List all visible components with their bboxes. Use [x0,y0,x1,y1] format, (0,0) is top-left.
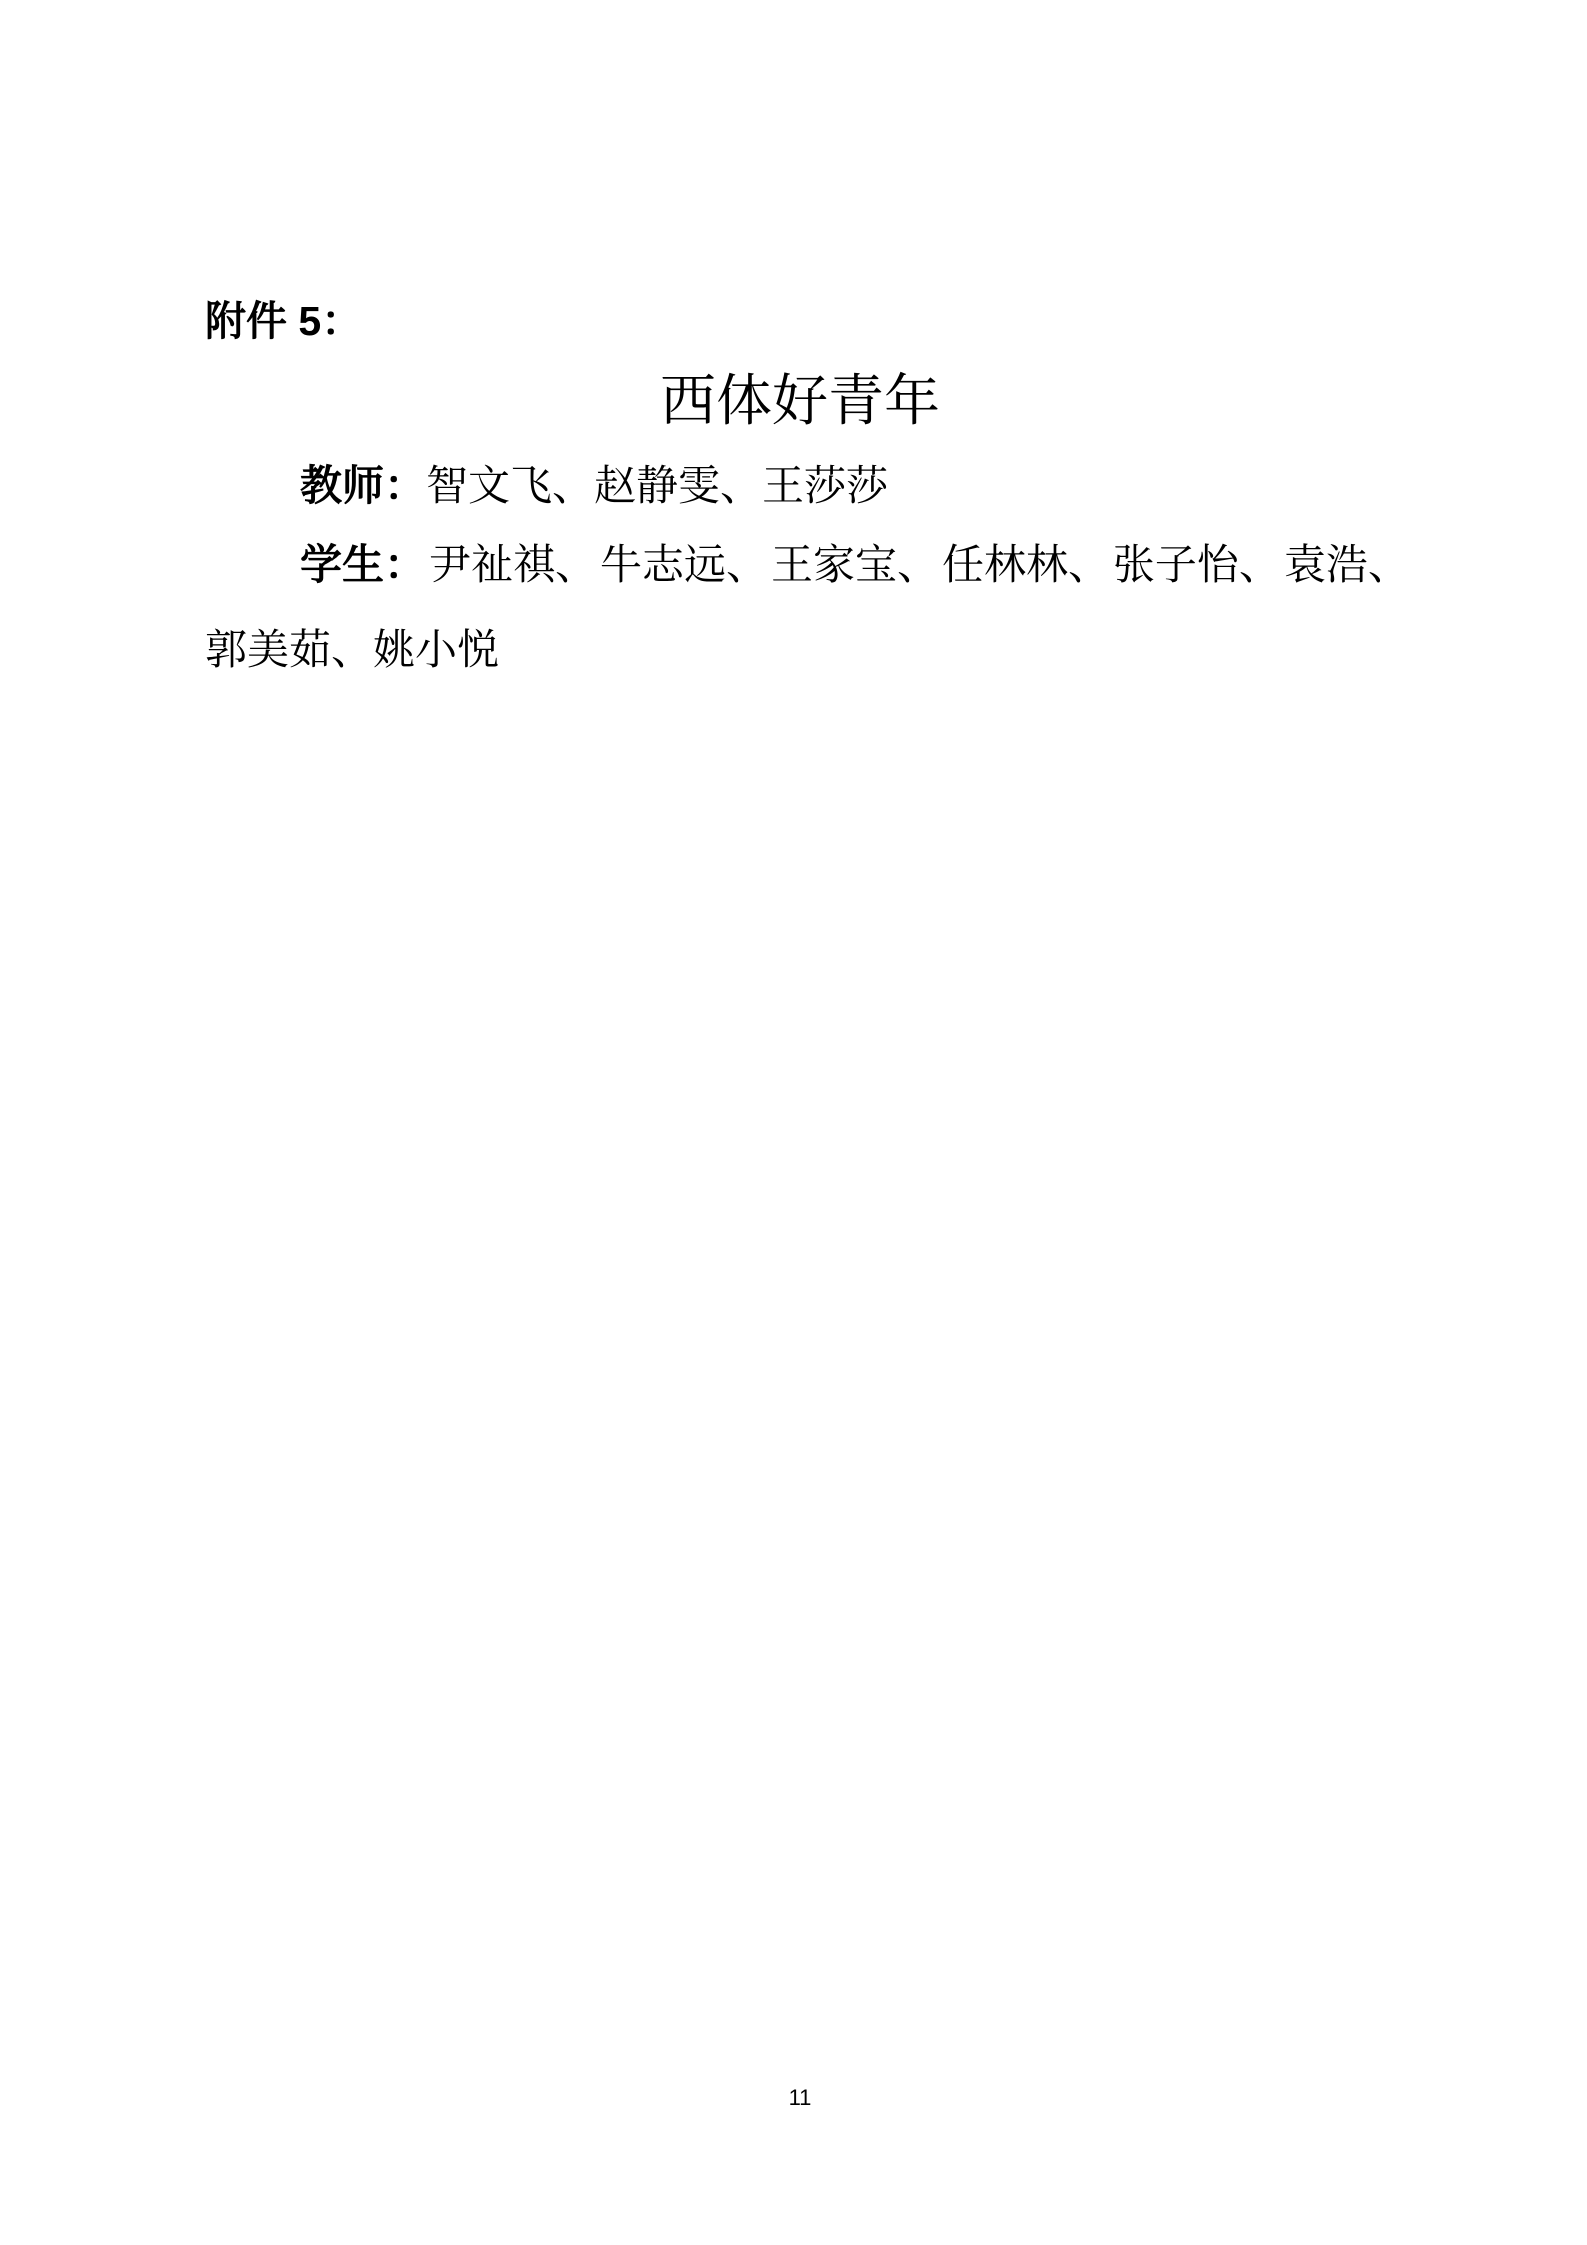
students-line-1: 学生： 尹祉祺、 牛志远、 王家宝、 任林林、 张子怡、 袁浩、 [300,545,1410,587]
teachers-names: 智文飞、赵静雯、王莎莎 [426,464,888,510]
students-line-2: 郭美茹、姚小悦 [205,630,499,672]
attachment-label: 附件 5： [205,301,362,342]
document-title: 西体好青年 [205,374,1395,430]
document-page: 附件 5： 西体好青年 教师：智文飞、赵静雯、王莎莎 学生： 尹祉祺、 牛志远、… [0,0,1587,2245]
teachers-line: 教师：智文飞、赵静雯、王莎莎 [205,466,1410,508]
student-name-segment: 尹祉祺、 [429,545,597,587]
student-name-segment: 牛志远、 [600,545,768,587]
student-name-segment: 王家宝、 [771,545,939,587]
student-name-segment: 袁浩、 [1284,545,1410,587]
page-number: 11 [205,2087,1395,2109]
student-name-segment: 任林林、 [942,545,1110,587]
students-label: 学生： [300,545,426,587]
student-name-segment: 张子怡、 [1113,545,1281,587]
teachers-label: 教师： [300,464,426,510]
